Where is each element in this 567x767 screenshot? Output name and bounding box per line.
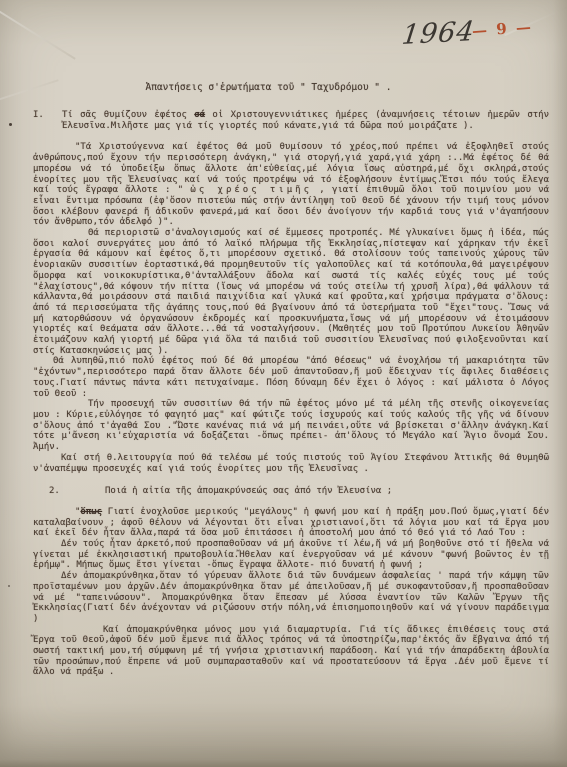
document-title: Ἀπαντήσεις σ'ἐρωτήματα τοῦ " Ταχυδρόμου … bbox=[0, 82, 537, 93]
answer-2-paragraph-1: "ὅπως Γιατί ἐνοχλοῦσε μερικούς "μεγάλους… bbox=[33, 507, 549, 539]
answer-2-paragraph-2: Δέν τούς ἦταν ἀρκετό,πού προσπαθοῦσαν νά… bbox=[33, 539, 549, 571]
page-number: — 9 — bbox=[471, 18, 533, 40]
question-2-text: Ποιά ἡ αἰτία τῆς ἀπομακρύνσεώς σας ἀπό τ… bbox=[105, 486, 549, 497]
struck-word: σά bbox=[194, 110, 205, 120]
question-1-text-pre: Τί σᾶς θυμίζουν ἐφέτος bbox=[62, 110, 194, 120]
handwritten-year: 1964 bbox=[400, 16, 476, 51]
question-1-number: I. bbox=[33, 110, 62, 121]
answer-1-paragraph-3: Θά λυπηθῶ,πιό πολύ ἐφέτος πού δέ θά μπορ… bbox=[33, 356, 549, 399]
answer-1-paragraph-5: Καί στή θ.λειτουργία πού θά τελέσω μέ το… bbox=[33, 453, 549, 474]
paragraph-text: Γιατί ἐνοχλοῦσε μερικούς "μεγάλους" ἡ φω… bbox=[33, 507, 549, 538]
ink-dot bbox=[8, 585, 10, 587]
emphasized-spaced-phrase: ὡς χρέος τιμῆς bbox=[190, 185, 312, 195]
answer-1-paragraph-4: Τήν προσευχή τῶν συσσιτίων θά τήν πῶ ἐφέ… bbox=[33, 399, 549, 453]
scanned-document-page: 1964 — 9 — Ἀπαντήσεις σ'ἐρωτήματα τοῦ " … bbox=[0, 0, 567, 767]
document-body: I. Τί σᾶς θυμίζουν ἐφέτος σά οἱ Χριστουγ… bbox=[33, 110, 549, 678]
struck-word: ὅπως bbox=[80, 507, 102, 517]
answer-1-paragraph-2: Θά περιοριστῶ σ'ἀναλογισμούς καί σέ ἔμμε… bbox=[33, 228, 549, 356]
answer-2-paragraph-3: Δέν ἀπομακρύνθηκα,ὅταν τό γύρευαν ἄλλοτε… bbox=[33, 571, 549, 625]
question-1: I. Τί σᾶς θυμίζουν ἐφέτος σά οἱ Χριστουγ… bbox=[33, 110, 549, 131]
question-2-number: 2. bbox=[33, 486, 105, 497]
question-2: 2. Ποιά ἡ αἰτία τῆς ἀπομακρύνσεώς σας ἀπ… bbox=[33, 486, 549, 497]
answer-2-paragraph-4: Καί ἀπομακρύνθηκα μόνος μου γιά διαμαρτυ… bbox=[33, 625, 549, 679]
answer-1-paragraph-1: "Τά Χριστούγεννα καί ἐφέτος θά μοῦ θυμίσ… bbox=[33, 142, 549, 228]
ink-dot bbox=[9, 123, 12, 126]
question-1-text: Τί σᾶς θυμίζουν ἐφέτος σά οἱ Χριστουγενν… bbox=[62, 110, 549, 131]
page-curl-shadow bbox=[553, 0, 567, 767]
paper-crease bbox=[0, 10, 76, 59]
